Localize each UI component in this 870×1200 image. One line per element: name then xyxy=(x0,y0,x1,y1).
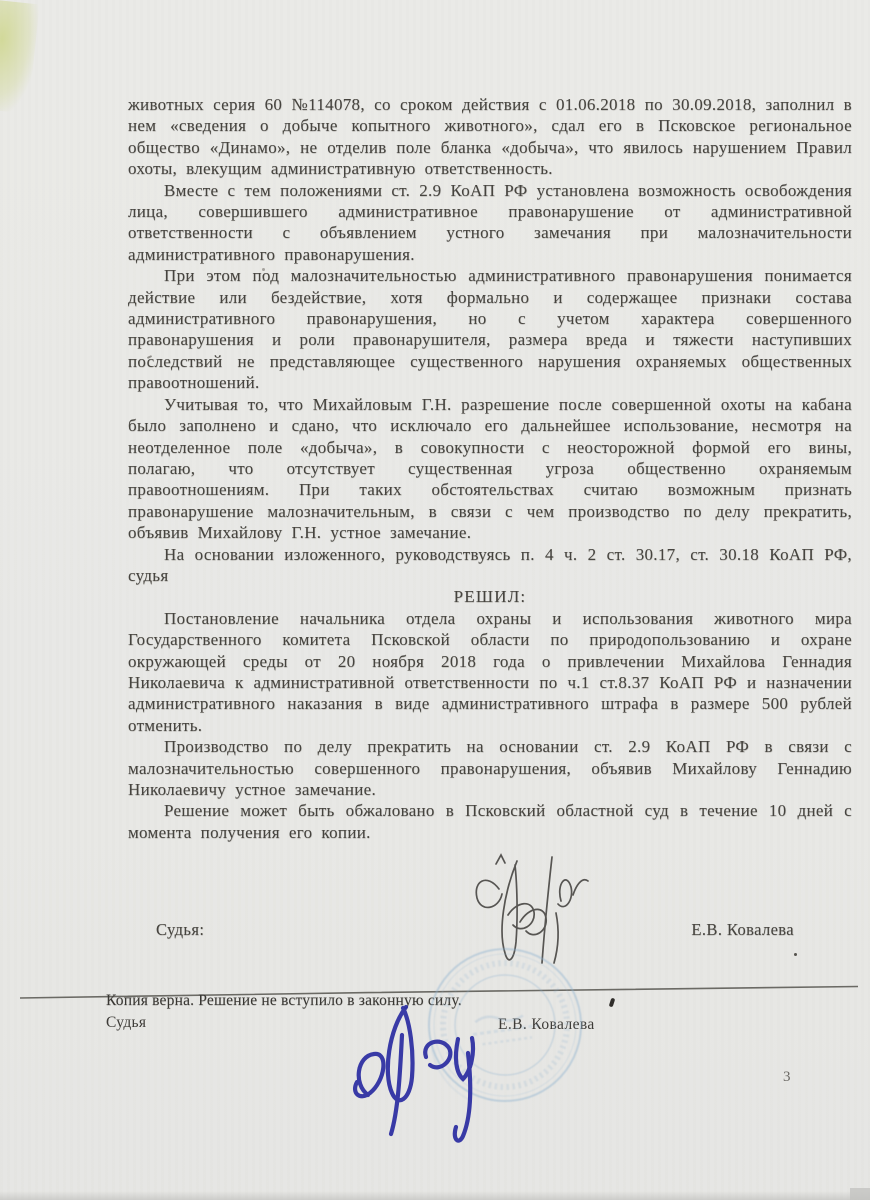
scan-edge-shadow xyxy=(0,1191,870,1200)
scan-corner-artifact xyxy=(850,1188,870,1200)
judge-signature-ink xyxy=(455,843,605,991)
certification-statement: Копия верна. Решение не вступило в закон… xyxy=(106,992,462,1010)
decision-body: животных серия 60 №114078, со сроком дей… xyxy=(128,94,852,843)
certification-signature-ink xyxy=(340,995,490,1153)
page-number: 3 xyxy=(783,1069,791,1086)
ink-speck-artifact xyxy=(262,268,265,271)
certification-judge-label: Судья xyxy=(106,1014,146,1032)
scanned-court-decision-page: животных серия 60 №114078, со сроком дей… xyxy=(0,0,870,1200)
body-paragraph: Учитывая то, что Михайловым Г.Н. разреше… xyxy=(128,394,852,544)
resolution-heading: РЕШИЛ: xyxy=(128,586,852,607)
judge-label: Судья: xyxy=(128,920,204,940)
body-paragraph: Вместе с тем положениями ст. 2.9 КоАП РФ… xyxy=(128,180,852,266)
judge-name: Е.В. Ковалева xyxy=(691,920,794,940)
body-paragraph: животных серия 60 №114078, со сроком дей… xyxy=(128,94,852,180)
ink-speck-artifact xyxy=(609,998,616,1008)
judge-signature-row: Судья: Е.В. Ковалева xyxy=(128,920,794,940)
body-paragraph: Постановление начальника отдела охраны и… xyxy=(128,608,852,736)
ink-dot-artifact xyxy=(794,953,797,956)
body-paragraph: При этом под малозначительностью админис… xyxy=(128,265,852,393)
scan-stain-artifact xyxy=(0,0,40,114)
body-paragraph: Производство по делу прекратить на основ… xyxy=(128,736,852,800)
body-paragraph: На основании изложенного, руководствуясь… xyxy=(128,544,852,587)
certification-judge-name: Е.В. Ковалева xyxy=(498,1016,595,1034)
body-paragraph: Решение может быть обжаловано в Псковски… xyxy=(128,800,852,843)
